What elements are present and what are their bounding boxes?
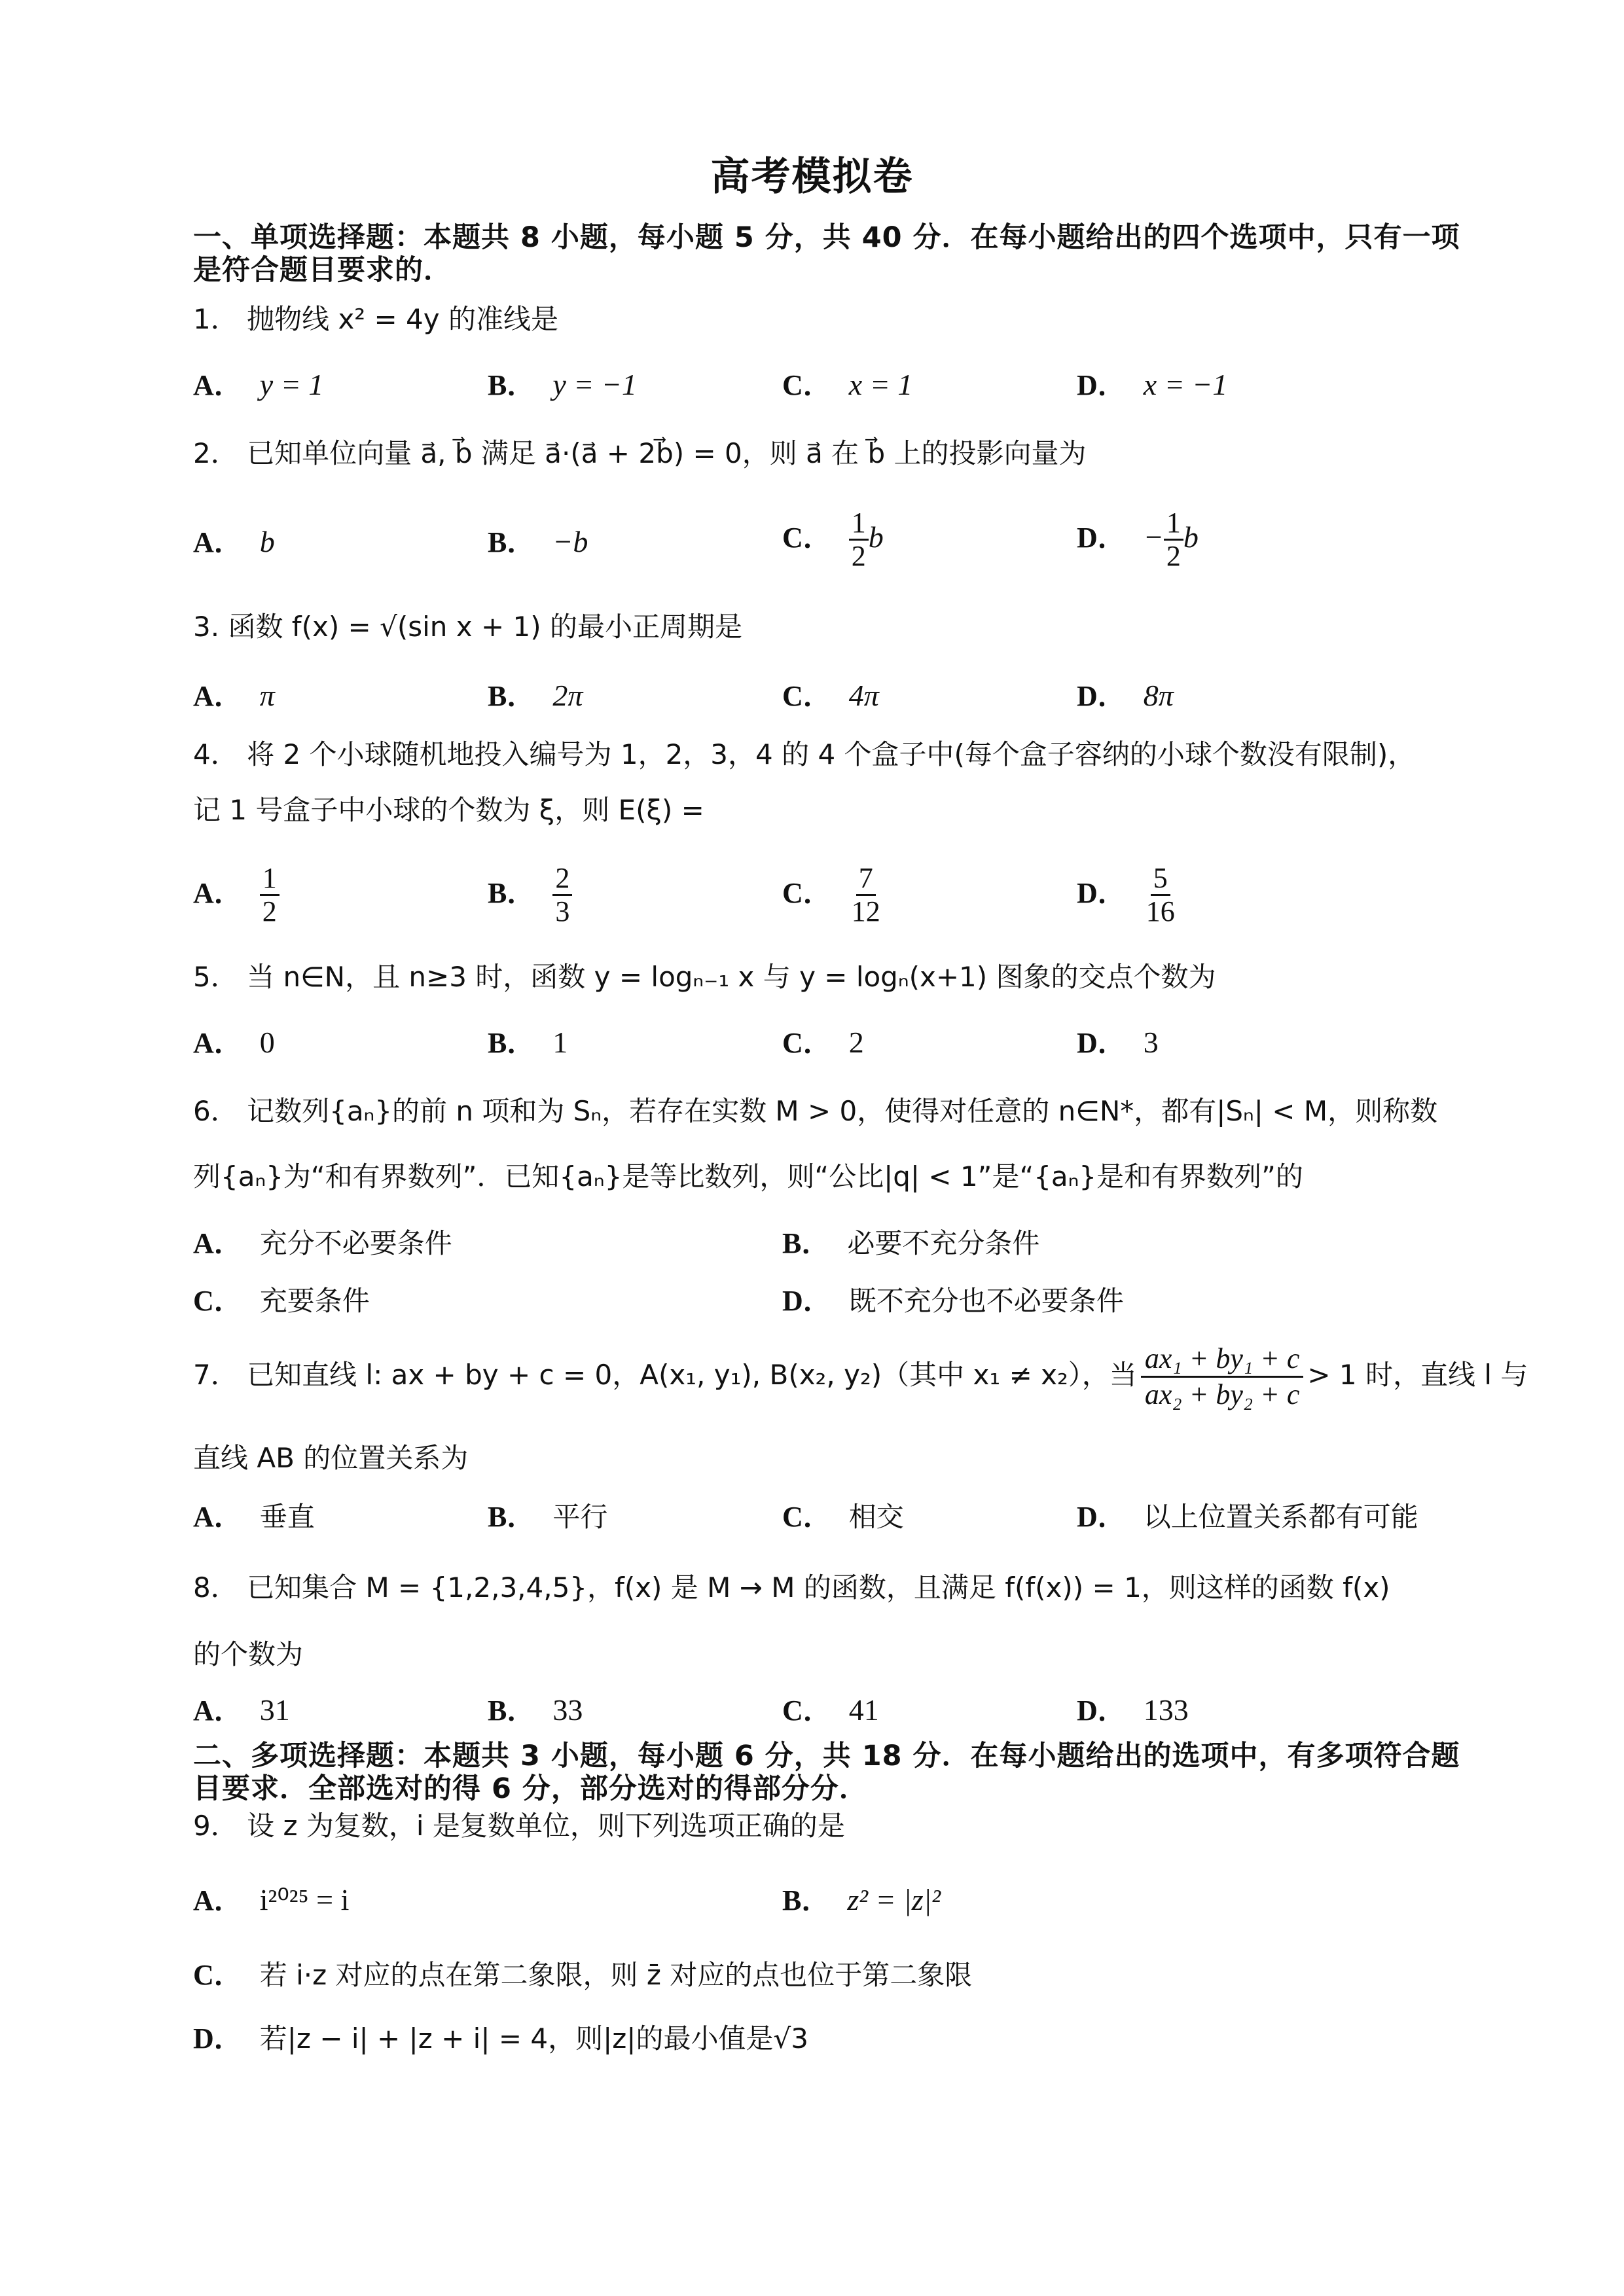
- option-value: 4π: [849, 679, 879, 712]
- option-value: z² = |z|²: [847, 1883, 941, 1916]
- q5-option-c[interactable]: C．2: [782, 1024, 864, 1062]
- option-label: C．: [782, 680, 832, 712]
- numerator: 5: [1151, 863, 1170, 896]
- option-value: 相交: [849, 1501, 904, 1533]
- section-2-heading-cont: 目要求．全部选对的得 6 分，部分选对的得部分分．: [193, 1770, 868, 1807]
- option-sign: −: [1144, 520, 1164, 554]
- q5-option-b[interactable]: B．1: [488, 1024, 568, 1062]
- question-stem: 已知集合 M = {1,2,3,4,5}，f(x) 是 M → M 的函数，且满…: [247, 1571, 1390, 1604]
- question-9: 9． 设 z 为复数，i 是复数单位，则下列选项正确的是: [193, 1808, 845, 1844]
- q2-option-a[interactable]: A．b⃗: [193, 524, 298, 561]
- option-value: 以上位置关系都有可能: [1144, 1501, 1418, 1533]
- q5-option-a[interactable]: A．0: [193, 1024, 275, 1062]
- q1-option-d[interactable]: D．x = −1: [1077, 367, 1227, 404]
- question-6-cont: 列{aₙ}为“和有界数列”．已知{aₙ}是等比数列，则“公比|q| < 1”是“…: [193, 1158, 1303, 1195]
- q1-option-c[interactable]: C．x = 1: [782, 367, 912, 404]
- q7-option-b[interactable]: B．平行: [488, 1499, 607, 1535]
- exam-page: 高考模拟卷 一、单项选择题：本题共 8 小题，每小题 5 分，共 40 分．在每…: [0, 0, 1624, 2296]
- option-value: x = −1: [1144, 368, 1228, 401]
- question-7: 7． 已知直线 l: ax + by + c = 0，A(x₁, y₁), B(…: [193, 1342, 1528, 1412]
- option-value: 3: [1144, 1026, 1159, 1059]
- option-value: 8π: [1144, 679, 1174, 712]
- q5-option-d[interactable]: D．3: [1077, 1024, 1159, 1062]
- question-5: 5． 当 n∈N，且 n≥3 时，函数 y = logₙ₋₁ x 与 y = l…: [193, 959, 1216, 996]
- option-label: D．: [782, 1285, 832, 1317]
- question-2: 2． 已知单位向量 a⃗, b⃗ 满足 a⃗·(a⃗ + 2b⃗) = 0，则 …: [193, 435, 1087, 472]
- option-label: D．: [1077, 1501, 1127, 1533]
- question-4: 4． 将 2 个小球随机地投入编号为 1，2，3，4 的 4 个盒子中(每个盒子…: [193, 736, 1415, 773]
- q1-option-a[interactable]: A．y = 1: [193, 367, 323, 404]
- option-value: 33: [552, 1693, 583, 1727]
- question-stem: 已知单位向量 a⃗, b⃗ 满足 a⃗·(a⃗ + 2b⃗) = 0，则 a⃗ …: [247, 437, 1086, 469]
- option-value: 垂直: [260, 1501, 315, 1533]
- fraction: 23: [552, 863, 572, 927]
- option-label: C．: [193, 1959, 243, 1991]
- option-label: B．: [488, 1695, 535, 1727]
- question-stem: 将 2 个小球随机地投入编号为 1，2，3，4 的 4 个盒子中(每个盒子容纳的…: [247, 738, 1415, 770]
- question-number: 2．: [193, 437, 238, 469]
- q3-option-a[interactable]: A．π: [193, 677, 275, 715]
- section-1-heading: 一、单项选择题：本题共 8 小题，每小题 5 分，共 40 分．在每小题给出的四…: [193, 219, 1460, 256]
- option-label: D．: [1077, 1027, 1127, 1059]
- option-label: B．: [488, 877, 535, 909]
- numerator: 1: [260, 863, 280, 896]
- q8-option-a[interactable]: A．31: [193, 1692, 290, 1729]
- option-value: 平行: [552, 1501, 607, 1533]
- option-value: y = −1: [552, 368, 637, 401]
- q4-option-c[interactable]: C．712: [782, 863, 883, 927]
- question-stem: 设 z 为复数，i 是复数单位，则下列选项正确的是: [247, 1810, 845, 1842]
- q4-option-a[interactable]: A．12: [193, 863, 280, 927]
- q4-option-b[interactable]: B．23: [488, 863, 572, 927]
- option-label: A．: [193, 369, 243, 401]
- fraction: 12: [1164, 507, 1183, 572]
- denominator: 16: [1144, 896, 1178, 927]
- question-4-cont: 记 1 号盒子中小球的个数为 ξ，则 E(ξ) =: [193, 792, 704, 829]
- option-label: C．: [782, 522, 832, 554]
- numerator: 7: [856, 863, 876, 896]
- option-label: A．: [193, 1027, 243, 1059]
- option-label: C．: [193, 1285, 243, 1317]
- question-number: 6．: [193, 1095, 238, 1127]
- option-label: A．: [193, 680, 243, 712]
- denominator: 2: [260, 896, 280, 927]
- q7-option-a[interactable]: A．垂直: [193, 1499, 315, 1535]
- fraction: ax₁ + by₁ + cax₂ + by₂ + c: [1141, 1342, 1304, 1412]
- question-number: 9．: [193, 1810, 238, 1842]
- question-8-cont: 的个数为: [193, 1636, 303, 1673]
- question-stem: 记数列{aₙ}的前 n 项和为 Sₙ，若存在实数 M > 0，使得对任意的 n∈…: [247, 1095, 1437, 1127]
- q9-option-a[interactable]: A．i²⁰²⁵ = i: [193, 1882, 349, 1919]
- option-value: 1: [552, 1026, 568, 1059]
- option-label: A．: [193, 1695, 243, 1727]
- option-label: D．: [1077, 369, 1127, 401]
- q7-option-c[interactable]: C．相交: [782, 1499, 904, 1535]
- q3-option-c[interactable]: C．4π: [782, 677, 879, 715]
- question-8: 8． 已知集合 M = {1,2,3,4,5}，f(x) 是 M → M 的函数…: [193, 1570, 1390, 1606]
- option-label: C．: [782, 1027, 832, 1059]
- question-number: 7．: [193, 1359, 238, 1391]
- q6-option-c[interactable]: C．充要条件: [193, 1283, 370, 1319]
- question-1: 1． 抛物线 x² = 4y 的准线是: [193, 301, 558, 338]
- question-number: 3.: [193, 611, 219, 643]
- q8-option-d[interactable]: D．133: [1077, 1692, 1189, 1729]
- denominator: 2: [849, 541, 869, 572]
- option-label: B．: [488, 680, 535, 712]
- option-value: −b⃗: [552, 525, 611, 558]
- numerator: 1: [849, 507, 869, 541]
- option-value: 若 i·z 对应的点在第二象限，则 z̄ 对应的点也位于第二象限: [260, 1959, 973, 1991]
- option-label: B．: [488, 1501, 535, 1533]
- question-number: 4．: [193, 738, 238, 770]
- q8-option-b[interactable]: B．33: [488, 1692, 583, 1729]
- q6-option-d[interactable]: D．既不充分也不必要条件: [782, 1283, 1124, 1319]
- question-number: 1．: [193, 303, 238, 335]
- question-stem: 抛物线 x² = 4y 的准线是: [247, 303, 558, 335]
- option-value: y = 1: [260, 368, 323, 401]
- fraction: 12: [849, 507, 869, 572]
- fraction: 712: [849, 863, 883, 927]
- option-label: A．: [193, 1501, 243, 1533]
- numerator: 1: [1164, 507, 1183, 541]
- option-value: 2: [849, 1026, 864, 1059]
- option-label: A．: [193, 526, 243, 558]
- option-label: C．: [782, 1501, 832, 1533]
- section-2-heading: 二、多项选择题：本题共 3 小题，每小题 6 分，共 18 分．在每小题给出的选…: [193, 1738, 1460, 1774]
- option-label: D．: [1077, 680, 1127, 712]
- option-value: 31: [260, 1693, 290, 1727]
- q2-option-d[interactable]: D．−12b⃗: [1077, 507, 1222, 572]
- q9-option-c[interactable]: C．若 i·z 对应的点在第二象限，则 z̄ 对应的点也位于第二象限: [193, 1957, 972, 1994]
- q3-option-d[interactable]: D．8π: [1077, 677, 1174, 715]
- q9-option-b[interactable]: B．z² = |z|²: [782, 1882, 941, 1919]
- section-1-heading-cont: 是符合题目要求的．: [193, 252, 452, 289]
- question-stem-end: > 1 时，直线 l 与: [1307, 1359, 1528, 1391]
- question-number: 5．: [193, 961, 238, 993]
- denominator: 12: [849, 896, 883, 927]
- q2-option-c[interactable]: C．12b⃗: [782, 507, 907, 572]
- option-value: 若|z − i| + |z + i| = 4，则|z|的最小值是√3: [260, 2022, 808, 2054]
- fraction: 516: [1144, 863, 1178, 927]
- option-value: i²⁰²⁵ = i: [260, 1883, 350, 1916]
- q7-option-d[interactable]: D．以上位置关系都有可能: [1077, 1499, 1418, 1535]
- option-label: B．: [488, 526, 535, 558]
- q6-option-b[interactable]: B．必要不充分条件: [782, 1225, 1039, 1262]
- option-value: b⃗: [869, 520, 907, 554]
- option-value: 41: [849, 1693, 879, 1727]
- option-label: D．: [1077, 1695, 1127, 1727]
- option-label: B．: [488, 1027, 535, 1059]
- option-value: 充分不必要条件: [260, 1227, 452, 1259]
- q6-option-a[interactable]: A．充分不必要条件: [193, 1225, 452, 1262]
- option-label: A．: [193, 877, 243, 909]
- option-value: x = 1: [849, 368, 912, 401]
- question-6: 6． 记数列{aₙ}的前 n 项和为 Sₙ，若存在实数 M > 0，使得对任意的…: [193, 1093, 1437, 1130]
- q4-option-d[interactable]: D．516: [1077, 863, 1178, 927]
- denominator: 3: [552, 896, 572, 927]
- option-value: π: [260, 679, 275, 712]
- option-value: b⃗: [1183, 520, 1222, 554]
- option-label: C．: [782, 1695, 832, 1727]
- q9-option-d[interactable]: D．若|z − i| + |z + i| = 4，则|z|的最小值是√3: [193, 2020, 808, 2057]
- option-label: B．: [782, 1227, 830, 1259]
- option-value: 2π: [552, 679, 583, 712]
- option-label: B．: [782, 1884, 830, 1916]
- option-label: A．: [193, 1884, 243, 1916]
- option-value: b⃗: [260, 525, 298, 558]
- question-3: 3. 函数 f(x) = √(sin x + 1) 的最小正周期是: [193, 609, 742, 645]
- question-stem: 当 n∈N，且 n≥3 时，函数 y = logₙ₋₁ x 与 y = logₙ…: [247, 961, 1216, 993]
- option-value: 既不充分也不必要条件: [849, 1285, 1124, 1317]
- option-label: D．: [1077, 877, 1127, 909]
- numerator: ax₁ + by₁ + c: [1141, 1342, 1304, 1378]
- question-stem: 函数 f(x) = √(sin x + 1) 的最小正周期是: [228, 611, 742, 643]
- option-value: 0: [260, 1026, 275, 1059]
- q8-option-c[interactable]: C．41: [782, 1692, 879, 1729]
- denominator: 2: [1164, 541, 1183, 572]
- option-label: D．: [1077, 522, 1127, 554]
- q1-option-b[interactable]: B．y = −1: [488, 367, 637, 404]
- option-label: C．: [782, 877, 832, 909]
- option-value: 必要不充分条件: [847, 1227, 1039, 1259]
- option-label: A．: [193, 1227, 243, 1259]
- option-label: B．: [488, 369, 535, 401]
- question-stem: 已知直线 l: ax + by + c = 0，A(x₁, y₁), B(x₂,…: [247, 1359, 1137, 1391]
- numerator: 2: [552, 863, 572, 896]
- option-label: C．: [782, 369, 832, 401]
- q2-option-b[interactable]: B．−b⃗: [488, 524, 611, 561]
- question-7-cont: 直线 AB 的位置关系为: [193, 1440, 468, 1477]
- option-label: D．: [193, 2022, 243, 2054]
- option-value: 充要条件: [260, 1285, 370, 1317]
- denominator: ax₂ + by₂ + c: [1145, 1378, 1300, 1412]
- fraction: 12: [260, 863, 280, 927]
- option-value: 133: [1144, 1693, 1189, 1727]
- q3-option-b[interactable]: B．2π: [488, 677, 583, 715]
- question-number: 8．: [193, 1571, 238, 1604]
- page-title: 高考模拟卷: [0, 145, 1624, 202]
